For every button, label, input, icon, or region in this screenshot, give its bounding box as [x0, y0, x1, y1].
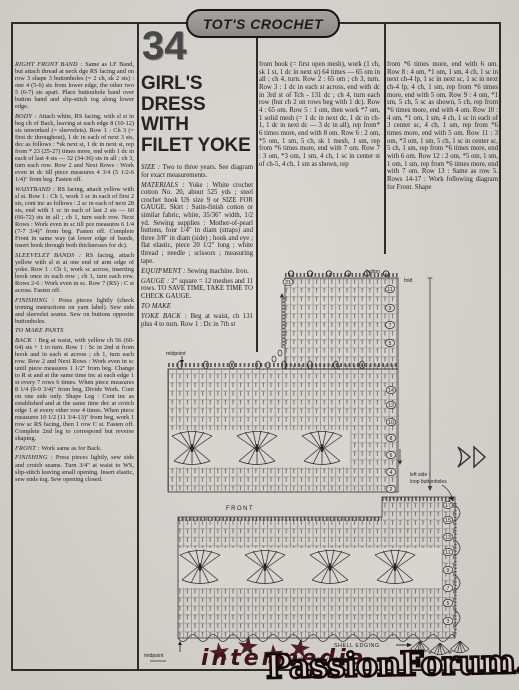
front-label: FRONT	[226, 506, 254, 512]
section-tab: TOT'S CROCHET	[186, 9, 340, 38]
row-number: 3	[447, 619, 450, 625]
section-tab-label: TOT'S CROCHET	[203, 16, 323, 32]
pattern-paragraph: BODY : Attach white, RS facing, with sl …	[15, 113, 134, 183]
magazine-page: TOT'S CROCHET 34 RIGHT FRONT BAND : Same…	[0, 0, 519, 690]
pattern-title-line: WITH	[141, 115, 253, 136]
row-number: 12	[388, 403, 394, 409]
pattern-paragraph: SIZE : Two to three years. See diagram f…	[141, 164, 253, 179]
row-number: 10	[388, 420, 394, 426]
pattern-paragraph: RIGHT FRONT BAND : Same as LF Band, but …	[15, 61, 134, 110]
pattern-title: GIRL'S DRESS WITH FILET YOKE	[141, 74, 253, 156]
row-number: 9	[389, 306, 392, 312]
row-number: 7	[389, 323, 392, 329]
border-left	[11, 22, 13, 671]
left-side-label-2: loop buttonholes	[410, 479, 447, 485]
pattern-paragraph: from hook (= first open mesh), work (1 c…	[259, 61, 380, 168]
pattern-section-heading: TO MAKE	[141, 303, 253, 311]
instructions-column-3: from hook (= first open mesh), work (1 c…	[259, 61, 380, 273]
pattern-paragraph: FINISHING : Press pieces lightly (check …	[15, 297, 134, 325]
pattern-paragraph: YOKE BACK : Beg at waist, ch 131 plus 4 …	[141, 313, 253, 328]
chart-band-back-body	[168, 361, 402, 492]
row-number: 21	[285, 280, 291, 286]
row-number: 11	[387, 287, 392, 293]
pattern-paragraph: FINISHING : Press pieces lightly, sew si…	[15, 454, 134, 482]
midpoint-bottom-label: midpoint	[144, 653, 164, 659]
row-number: 8	[390, 436, 393, 442]
row-number: 7	[447, 586, 450, 592]
row-number: 13	[445, 535, 451, 541]
pattern-paragraph: MATERIALS : Yoke : White crochet cotton …	[141, 182, 253, 266]
column-rule-3	[384, 22, 386, 254]
pattern-paragraph: from *6 times more, end with 6 om. Row 8…	[387, 61, 498, 191]
pattern-paragraph: BACK : Beg at waist, with yellow ch 56 (…	[15, 337, 134, 443]
row-number: 6	[390, 453, 393, 459]
row-number: 4	[390, 470, 393, 476]
fold-label: fold	[404, 278, 412, 284]
pattern-paragraph: GAUGE : 2" square = 12 meshes and 11 row…	[141, 278, 253, 301]
row-number: 5	[389, 341, 392, 347]
chart-band-front	[178, 497, 460, 642]
pattern-paragraph: EQUIPMENT : Sewing machine. Iron.	[141, 268, 253, 276]
pattern-section-heading: TO MAKE PANTS	[15, 327, 134, 334]
forum-watermark: PassionForum.ru	[266, 641, 519, 686]
left-side-label-1: left side :	[410, 472, 430, 478]
instructions-column-2: GIRL'S DRESS WITH FILET YOKE SIZE : Two …	[141, 74, 253, 354]
row-number: 5	[447, 601, 450, 607]
pattern-title-line: DRESS	[141, 95, 253, 116]
row-number: 9	[447, 568, 450, 574]
pattern-title-line: FILET YOKE	[141, 136, 253, 157]
pattern-paragraph: WAISTBAND : RS facing, attach yellow wit…	[15, 186, 134, 249]
pattern-paragraph: FRONT : Work same as for Back.	[15, 445, 134, 452]
pattern-title-line: GIRL'S	[141, 74, 253, 95]
instructions-column-4: from *6 times more, end with 6 om. Row 8…	[387, 61, 498, 273]
row-number: 17	[445, 503, 451, 509]
pattern-number: 34	[142, 26, 187, 66]
row-number: 11	[445, 550, 450, 556]
row-number: 2	[390, 487, 393, 493]
instructions-column-1: RIGHT FRONT BAND : Same as LF Band, but …	[15, 61, 134, 661]
pattern-paragraph: SLEEVELET BANDS : RS facing, attach yell…	[15, 252, 134, 294]
row-number: 15	[445, 518, 451, 524]
fold-line	[428, 278, 433, 491]
row-number: 14	[388, 388, 394, 394]
page-corner-marker-icon	[458, 447, 485, 467]
